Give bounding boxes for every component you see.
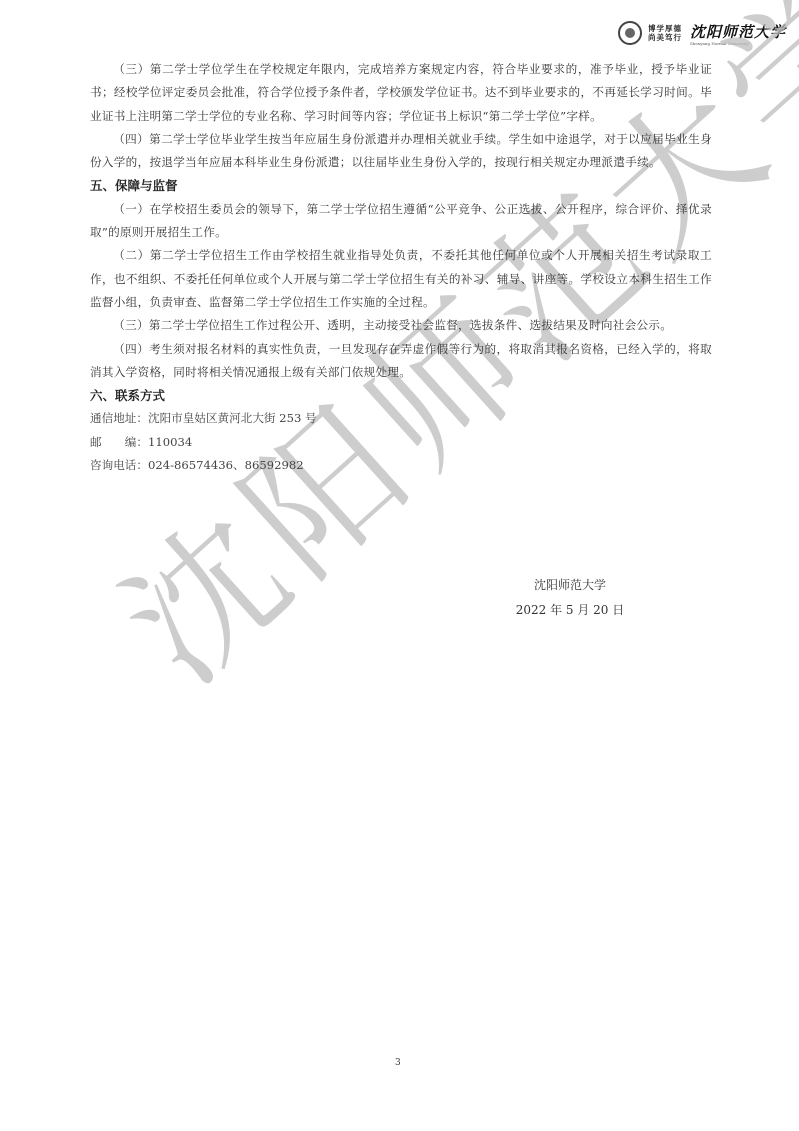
university-name-en: Shenyang Normal University xyxy=(690,41,749,46)
section-heading-6: 六、联系方式 xyxy=(90,384,712,407)
paragraph: （二）第二学士学位招生工作由学校招生就业指导处负责，不委托其他任何单位或个人开展… xyxy=(90,244,712,314)
university-seal-icon xyxy=(618,21,642,45)
document-body: （三）第二学士学位学生在学校规定年限内，完成培养方案规定内容，符合毕业要求的，准… xyxy=(90,58,712,477)
university-wordmark: 沈阳师范大学 Shenyang Normal University xyxy=(690,21,786,46)
contact-postcode: 邮 编：110034 xyxy=(90,431,712,454)
signature-date: 2022 年 5 月 20 日 xyxy=(500,601,640,618)
university-motto: 博学厚德 尚美笃行 xyxy=(648,24,684,42)
motto-line-2: 尚美笃行 xyxy=(648,33,684,42)
page-number: 3 xyxy=(395,1058,401,1068)
motto-line-1: 博学厚德 xyxy=(648,24,684,33)
paragraph: （一）在学校招生委员会的领导下，第二学士学位招生遵循“公平竞争、公正选拔、公开程… xyxy=(90,198,712,245)
university-name: 沈阳师范大学 xyxy=(690,21,786,42)
signature-org: 沈阳师范大学 xyxy=(500,576,640,593)
contact-address: 通信地址：沈阳市皇姑区黄河北大街 253 号 xyxy=(90,407,712,430)
paragraph: （三）第二学士学位招生工作过程公开、透明，主动接受社会监督，选拔条件、选拔结果及… xyxy=(90,314,712,337)
paragraph: （三）第二学士学位学生在学校规定年限内，完成培养方案规定内容，符合毕业要求的，准… xyxy=(90,58,712,128)
paragraph: （四）第二学士学位毕业学生按当年应届生身份派遣并办理相关就业手续。学生如中途退学… xyxy=(90,128,712,175)
contact-phone: 咨询电话：024-86574436、86592982 xyxy=(90,454,712,477)
university-logo: 博学厚德 尚美笃行 沈阳师范大学 Shenyang Normal Univers… xyxy=(618,18,786,48)
paragraph: （四）考生须对报名材料的真实性负责，一旦发现存在弄虚作假等行为的，将取消其报名资… xyxy=(90,338,712,385)
section-heading-5: 五、保障与监督 xyxy=(90,174,712,197)
